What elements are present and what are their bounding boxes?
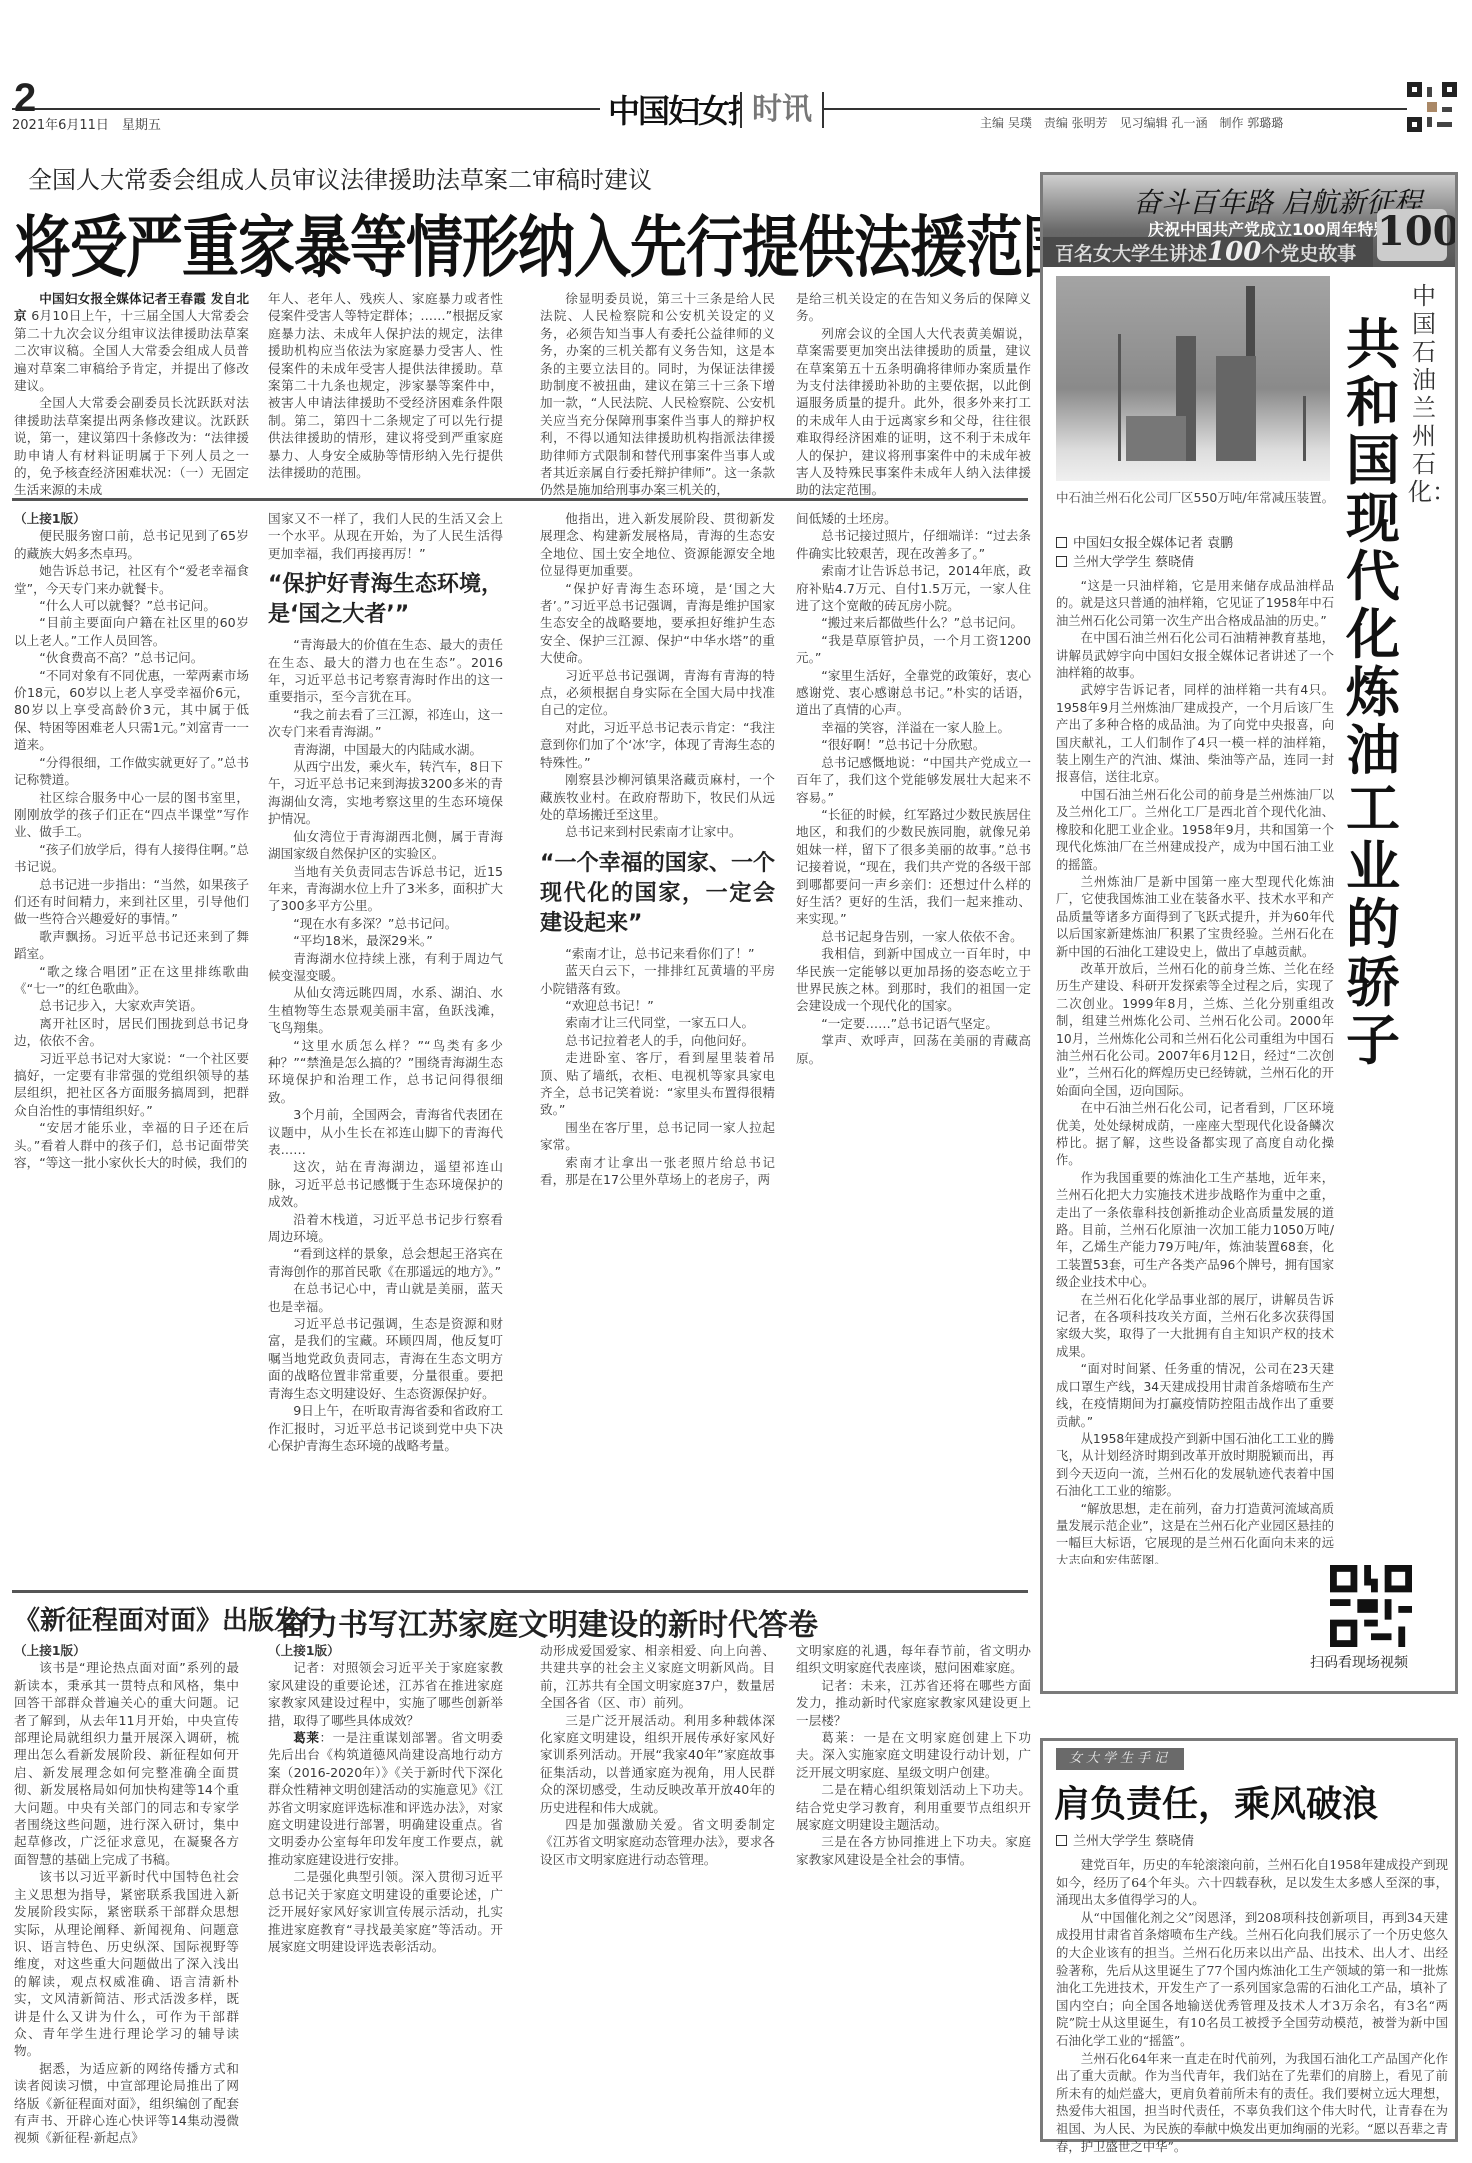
paragraph: “这里水质怎么样？”“鸟类有多少种？”“禁渔是怎么搞的？”围绕青海湖生态环境保护… [268, 1037, 503, 1107]
paragraph: 沿着木栈道，习近平总书记步行察看周边环境。 [268, 1211, 503, 1246]
paragraph: 二是在精心组织策划活动上下功夫。结合党史学习教育，利用重要节点组织开展家庭文明建… [796, 1781, 1031, 1833]
paragraph: 走进卧室、客厅，看到屋里装着吊顶、贴了墙纸，衣柜、电视机等家具家电齐全，总书记笑… [540, 1049, 775, 1119]
qr-code-icon[interactable] [1407, 82, 1457, 132]
paragraph: 在中石油兰州石化公司，记者看到，厂区环境优美，处处绿树成荫，一座座大型现代化设备… [1056, 1100, 1334, 1170]
paragraph: “平均18米，最深29米。” [268, 932, 503, 949]
feature-body: “这是一只油样箱，它是用来储存成品油样品的。就是这只普通的油样箱，它见证了195… [1056, 578, 1334, 1564]
paragraph: 文明家庭的礼遇，每年春节前，省文明办组织文明家庭代表座谈，慰问困难家庭。 [796, 1642, 1031, 1677]
paragraph: “长征的时候，红军路过少数民族居住地区，和我们的少数民族同胞，就像兄弟姐妹一样，… [796, 806, 1031, 928]
paragraph: 总书记来到村民索南才让家中。 [540, 823, 775, 840]
section-subhead: “保护好青海生态环境，是‘国之大者’” [268, 570, 503, 630]
paragraph: 幸福的笑容，洋溢在一家人脸上。 [796, 719, 1031, 736]
paragraph: 兰州炼油厂是新中国第一座大型现代化炼油厂，它使我国炼油工业在装备水平、技术水平和… [1056, 874, 1334, 961]
feature-kicker: 中国石油兰州石化： [1408, 282, 1440, 506]
paragraph: 便民服务窗口前，总书记见到了65岁的藏族大妈多杰卓玛。 [14, 527, 249, 562]
paragraph: 青海湖，中国最大的内陆咸水湖。 [268, 741, 503, 758]
paragraph: 间低矮的土坯房。 [796, 510, 1031, 527]
paragraph: 习近平总书记对大家说：“一个社区要搞好，一定要有非常强的党组织领导的基层组织，把… [14, 1050, 249, 1120]
paragraph: “欢迎总书记！” [540, 997, 775, 1014]
essay-byline: 兰州大学学生 蔡晓倩 [1056, 1830, 1194, 1849]
lead-column-3: 徐显明委员说，第三十三条是给人民法院、人民检察院和公安机关设定的义务，必须告知当… [540, 290, 775, 499]
paragraph: 改革开放后，兰州石化的前身兰炼、兰化在经历生产建设、科研开发探索等全过程之后，实… [1056, 961, 1334, 1100]
paragraph: 习近平总书记强调，生态是资源和财富，是我们的宝藏。环顾四周，他反复叮嘱当地党政负… [268, 1315, 503, 1402]
paragraph: “面对时间紧、任务重的情况，公司在23天建成口罩生产线，34天建成投用甘肃首条熔… [1056, 1361, 1334, 1431]
book-story-body: （上接1版） 该书是“理论热点面对面”系列的最新读本，秉承其一贯特点和风格，集中… [14, 1642, 239, 2152]
centenary-emblem-icon: 100 [1377, 209, 1447, 261]
editor-credits: 主编 吴璞 责编 张明芳 见习编辑 孔一涵 制作 郭璐璐 [980, 114, 1283, 131]
paragraph: 当地有关负责同志告诉总书记，近15年来，青海湖水位上升了3米多，面积扩大了300… [268, 863, 503, 915]
paragraph: 在总书记心中，青山就是美丽，蓝天也是幸福。 [268, 1280, 503, 1315]
paragraph: 该书是“理论热点面对面”系列的最新读本，秉承其一贯特点和风格，集中回答干部群众普… [14, 1659, 239, 1868]
paragraph: 年人、老年人、残疾人、家庭暴力或者性侵案件受害人等特定群体；……”根据反家庭暴力… [268, 290, 503, 481]
paragraph: “现在水有多深？”总书记问。 [268, 915, 503, 932]
issue-date: 2021年6月11日 星期五 [12, 114, 161, 133]
paragraph: 记者：未来，江苏省还将在哪些方面发力，推动新时代家庭家教家风建设更上一层楼？ [796, 1677, 1031, 1729]
strip-suffix: 个党史故事 [1261, 243, 1356, 265]
paragraph: 3个月前，全国两会，青海省代表团在议题中，从小生长在祁连山脚下的青海代表…… [268, 1106, 503, 1158]
paragraph: 索南才让告诉总书记，2014年底，政府补贴4.7万元、自付1.5万元，一家人住进… [796, 562, 1031, 614]
paragraph: “看到这样的景象，总会想起王洛宾在青海创作的那首民歌《在那遥远的地方》。” [268, 1245, 503, 1280]
anniversary-banner: 奋斗百年路 启航新征程 庆祝中国共产党成立100周年特别报道 百名女大学生讲述1… [1043, 175, 1455, 267]
paragraph: “分得很细，工作做实就更好了。”总书记称赞道。 [14, 754, 249, 789]
section-label: 时讯 [740, 92, 824, 128]
paragraph: 这次，站在青海湖边，遥望祁连山脉，习近平总书记感慨于生态环境保护的成效。 [268, 1158, 503, 1210]
refinery-photo [1056, 276, 1330, 481]
section-divider-2 [12, 1590, 1028, 1593]
paragraph: 总书记拉着老人的手，向他问好。 [540, 1032, 775, 1049]
paragraph: 在中国石油兰州石化公司石油精神教育基地，讲解员武婷宇向中国妇女报全媒体记者讲述了… [1056, 630, 1334, 682]
paragraph: “不同对象有不同优惠，一荤两素市场价18元，60岁以上老人享受幸福价6元，80岁… [14, 667, 249, 754]
paragraph: 总书记进一步指出：“当然，如果孩子们还有时间精力，来到社区里，引导他们做一些符合… [14, 876, 249, 928]
jiangsu-column-1: （上接1版） 记者：对照领会习近平关于家庭家教家风建设的重要论述，江苏省在推进家… [268, 1642, 503, 2152]
paragraph: 9日上午，在听取青海省委和省政府工作汇报时，习近平总书记谈到党中央下决心保护青海… [268, 1402, 503, 1454]
paragraph: 从1958年建成投产到新中国石油化工工业的腾飞，从计划经济时期到改革开放时期脱颖… [1056, 1431, 1334, 1501]
paragraph: “解放思想，走在前列，奋力打造黄河流域高质量发展示范企业”，这是在兰州石化产业园… [1056, 1501, 1334, 1564]
paragraph: 武婷宇告诉记者，同样的油样箱一共有4只。1958年9月兰州炼油厂建成投产，一个月… [1056, 682, 1334, 786]
interview-question: 记者：对照领会习近平关于家庭家教家风建设的重要论述，江苏省在推进家庭家教家风建设… [268, 1659, 503, 1729]
answer-speaker: 葛莱 [293, 1730, 319, 1745]
jiangsu-column-3: 文明家庭的礼遇，每年春节前，省文明办组织文明家庭代表座谈，慰问困难家庭。记者：未… [796, 1642, 1031, 2152]
lead-headline: 将受严重家暴等情形纳入先行提供法援范围 [14, 194, 1078, 291]
paragraph: 中国石油兰州石化公司的前身是兰州炼油厂以及兰州化工厂。兰州化工厂是西北首个现代化… [1056, 787, 1334, 874]
byline: 兰州大学学生 蔡晓倩 [1056, 551, 1336, 570]
paragraph: 围坐在客厅里，总书记同一家人拉起家常。 [540, 1119, 775, 1154]
section-divider [12, 498, 1028, 501]
paragraph: 国家又不一样了，我们人民的生活又会上一个水平。从现在开始，为了人民生活得更加幸福… [268, 510, 503, 562]
paragraph: 掌声、欢呼声，回荡在美丽的青藏高原。 [796, 1032, 1031, 1067]
paragraph: 三是广泛开展活动。利用多种载体深化家庭文明建设，组织开展传承好家风好家训系列活动… [540, 1712, 775, 1816]
strip-prefix: 百名女大学生讲述 [1055, 243, 1207, 265]
paragraph: 蓝天白云下，一排排红瓦黄墙的平房小院错落有致。 [540, 962, 775, 997]
lead-column-2: 年人、老年人、残疾人、家庭暴力或者性侵案件受害人等特定群体；……”根据反家庭暴力… [268, 290, 503, 481]
paragraph: 三是在各方协同推进上下功夫。家庭家教家风建设是全社会的事情。 [796, 1833, 1031, 1868]
qr-label: 扫码看现场视频 [1310, 1652, 1408, 1672]
paragraph: “孩子们放学后，得有人接得住啊。”总书记说。 [14, 841, 249, 876]
paragraph: “保护好青海生态环境，是‘国之大者’。”习近平总书记强调，青海是维护国家生态安全… [540, 580, 775, 667]
paragraph: 总书记接过照片，仔细端详：“过去条件确实比较艰苦，现在改善多了。” [796, 527, 1031, 562]
paragraph: 社区综合服务中心一层的图书室里，刚刚放学的孩子们正在“四点半课堂”写作业、做手工… [14, 789, 249, 841]
byline: 中国妇女报全媒体记者 袁鹏 [1056, 532, 1336, 551]
paragraph: “搬过来后都做些什么？”总书记问。 [796, 614, 1031, 631]
paragraph: “一定要……”总书记语气坚定。 [796, 1015, 1031, 1032]
lead-column-1: 中国妇女报全媒体记者王春霞 发自北京 6月10日上午，十三届全国人大常委会第二十… [14, 290, 249, 499]
paragraph: 动形成爱国爱家、相亲相爱、向上向善、共建共享的社会主义家庭文明新风尚。目前，江苏… [540, 1642, 775, 1712]
paragraph: “安居才能乐业，幸福的日子还在后头。”看着人群中的孩子们，总书记面带笑容，“等这… [14, 1119, 249, 1171]
paragraph: “伙食费高不高？”总书记问。 [14, 649, 249, 666]
essay-body: 建党百年，历史的车轮滚滚向前，兰州石化自1958年建成投产到现如今，经历了64个… [1056, 1856, 1448, 2155]
paragraph: “目前主要面向户籍在社区里的60岁以上老人。”工作人员回答。 [14, 614, 249, 649]
paragraph: “我之前去看了三江源，祁连山，这一次专门来看青海湖。” [268, 706, 503, 741]
paragraph: 他指出，进入新发展阶段、贯彻新发展理念、构建新发展格局，青海的生态安全地位、国土… [540, 510, 775, 580]
feature-headline: 共和国现代化炼油工业的骄子 [1343, 316, 1403, 1070]
lead-kicker: 全国人大常委会组成人员审议法律援助法草案二审稿时建议 [28, 160, 652, 195]
paragraph: “家里生活好，全靠党的政策好，衷心感谢党、衷心感谢总书记。”朴实的话语，道出了真… [796, 667, 1031, 719]
continued-column-4: 间低矮的土坯房。总书记接过照片，仔细端详：“过去条件确实比较艰苦，现在改善多了。… [796, 510, 1031, 1588]
essay-paragraph: 建党百年，历史的车轮滚滚向前，兰州石化自1958年建成投产到现如今，经历了64个… [1056, 1856, 1448, 1909]
paragraph: 据悉，为适应新的网络传播方式和读者阅读习惯，中宣部理论局推出了网络版《新征程面对… [14, 2060, 239, 2147]
paragraph: 对此，习近平总书记表示肯定：“我注意到你们加了个‘冰’字，体现了青海生态的特殊性… [540, 719, 775, 771]
essay-paragraph: 从“中国催化剂之父”闵恩泽，到208项科技创新项目，再到34天建成投用甘肃省首条… [1056, 1909, 1448, 2050]
continued-label: （上接1版） [14, 1642, 239, 1659]
essay-title: 肩负责任，乘风破浪 [1054, 1776, 1378, 1827]
paragraph: 总书记感慨地说：“中国共产党成立一百年了，我们这个党能够发展壮大起来不容易。” [796, 754, 1031, 806]
paragraph: 索南才让拿出一张老照片给总书记看，那是在17公里外草场上的老房子，两 [540, 1154, 775, 1189]
paragraph: 从仙女湾远眺四周，水系、湖泊、水生植物等生态景观美丽丰富，鱼跃浅滩，飞鸟翔集。 [268, 984, 503, 1036]
paragraph: 歌声飘扬。习近平总书记还来到了舞蹈室。 [14, 928, 249, 963]
paragraph: 二是强化典型引领。深入贯彻习近平总书记关于家庭文明建设的重要论述，广泛开展好家风… [268, 1868, 503, 1955]
paragraph: “什么人可以就餐？”总书记问。 [14, 597, 249, 614]
paragraph: 在兰州石化化学品事业部的展厅，讲解员告诉记者，在各项科技攻关方面，兰州石化多次获… [1056, 1292, 1334, 1362]
paragraph: 仙女湾位于青海湖西北侧，属于青海湖国家级自然保护区的实验区。 [268, 828, 503, 863]
video-qr-code-icon[interactable] [1330, 1565, 1412, 1647]
paragraph: 我相信，到新中国成立一百年时，中华民族一定能够以更加昂扬的姿态屹立于世界民族之林… [796, 945, 1031, 1015]
paragraph: 是给三机关设定的在告知义务后的保障义务。 [796, 290, 1031, 325]
photo-caption: 中石油兰州石化公司厂区550万吨/年常减压装置。 [1056, 488, 1334, 506]
jiangsu-story-title: 奋力书写江苏家庭文明建设的新时代答卷 [278, 1600, 818, 1644]
paragraph: 习近平总书记强调，青海有青海的特点，必须根据自身实际在全国大局中找准自己的定位。 [540, 667, 775, 719]
paragraph: 索南才让三代同堂，一家五口人。 [540, 1014, 775, 1031]
column-tag: 女大学生手记 [1056, 1748, 1184, 1770]
paragraph: 从西宁出发，乘火车，转汽车，8日下午，习近平总书记来到海拔3200多米的青海湖仙… [268, 758, 503, 828]
paragraph: 徐显明委员说，第三十三条是给人民法院、人民检察院和公安机关设定的义务，必须告知当… [540, 290, 775, 499]
paragraph: 总书记起身告别，一家人依依不舍。 [796, 928, 1031, 945]
continued-label: （上接1版） [14, 510, 249, 527]
paragraph: “很好啊！”总书记十分欣慰。 [796, 736, 1031, 753]
feature-bylines: 中国妇女报全媒体记者 袁鹏 兰州大学学生 蔡晓倩 [1056, 532, 1336, 570]
paragraph: 四是加强激励关爱。省文明委制定《江苏省文明家庭动态管理办法》，要求各设区市文明家… [540, 1816, 775, 1868]
paragraph: 总书记步入，大家欢声笑语。 [14, 997, 249, 1014]
lead-column-4: 是给三机关设定的在告知义务后的保障义务。列席会议的全国人大代表黄美媚说，草案需要… [796, 290, 1031, 499]
jiangsu-column-2: 动形成爱国爱家、相亲相爱、向上向善、共建共享的社会主义家庭文明新风尚。目前，江苏… [540, 1642, 775, 2152]
paragraph: “歌之缘合唱团”正在这里排练歌曲《“七一”的红色歌曲》。 [14, 963, 249, 998]
paragraph: 离开社区时，居民们围拢到总书记身边，依依不舍。 [14, 1015, 249, 1050]
strip-number: 100 [1207, 237, 1261, 267]
paragraph: 作为我国重要的炼油化工生产基地，近年来，兰州石化把大力实施技术进步战略作为重中之… [1056, 1170, 1334, 1292]
continued-column-1: （上接1版） 便民服务窗口前，总书记见到了65岁的藏族大妈多杰卓玛。她告诉总书记… [14, 510, 249, 1588]
paragraph: 该书以习近平新时代中国特色社会主义思想为指导，紧密联系我国进入新发展阶段实际，紧… [14, 1868, 239, 2059]
section-subhead: “一个幸福的国家、一个现代化的国家，一定会建设起来” [540, 849, 775, 939]
paragraph: 刚察县沙柳河镇果洛藏贡麻村，一个藏族牧业村。在政府帮助下，牧民们从远处的草场搬迁… [540, 771, 775, 823]
continued-column-2: 国家又不一样了，我们人民的生活又会上一个水平。从现在开始，为了人民生活得更加幸福… [268, 510, 503, 1588]
paragraph: “我是草原管护员，一个月工资1200元。” [796, 632, 1031, 667]
paragraph: 她告诉总书记，社区有个“爱老幸福食堂”，今天专门来办就餐卡。 [14, 562, 249, 597]
paragraph: 全国人大常委会副委员长沈跃跃对法律援助法草案提出两条修改建议。沈跃跃说，第一，建… [14, 394, 249, 498]
paragraph: 青海湖水位持续上涨，有利于周边气候变湿变暖。 [268, 950, 503, 985]
paragraph: 列席会议的全国人大代表黄美媚说，草案需要更加突出法律援助的质量，建议在草案第五十… [796, 325, 1031, 499]
essay-paragraph: 兰州石化64年来一直走在时代前列，为我国石油化工产品国产化作出了重大贡献。作为当… [1056, 2050, 1448, 2156]
paragraph: 葛莱：一是在文明家庭创建上下功夫。深入实施家庭文明建设行动计划，广泛开展文明家庭… [796, 1729, 1031, 1781]
continued-column-3: 他指出，进入新发展阶段、贯彻新发展理念、构建新发展格局，青海的生态安全地位、国土… [540, 510, 775, 1588]
paragraph: “青海最大的价值在生态、最大的责任在生态、最大的潜力也在生态”。2016年，习近… [268, 636, 503, 706]
continued-label: （上接1版） [268, 1642, 503, 1659]
paragraph: “索南才让，总书记来看你们了！” [540, 945, 775, 962]
paragraph: “这是一只油样箱，它是用来储存成品油样品的。就是这只普通的油样箱，它见证了195… [1056, 578, 1334, 630]
banner-strip: 百名女大学生讲述100个党史故事 [1043, 237, 1373, 267]
